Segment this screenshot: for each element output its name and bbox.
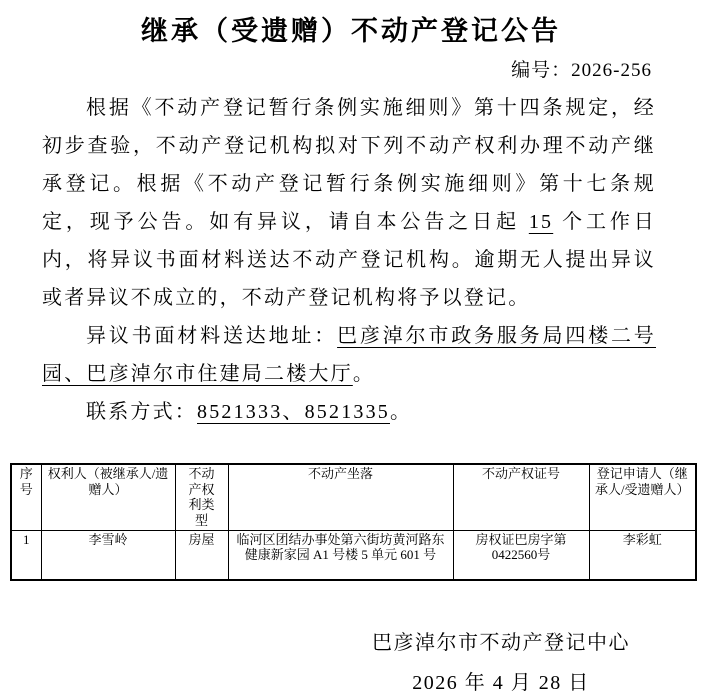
table-header-row: 序号 权利人（被继承人/遗赠人） 不动产权利类型 不动产坐落 不动产权证号 登记…	[11, 464, 696, 530]
cell-cert-no: 房权证巴房字第0422560号	[453, 530, 589, 580]
cell-applicant: 李彩虹	[589, 530, 696, 580]
page-title: 继承（受遗赠）不动产登记公告	[0, 0, 702, 49]
paragraph-main: 根据《不动产登记暂行条例实施细则》第十四条规定，经初步查验，不动产登记机构拟对下…	[42, 89, 656, 317]
cell-seq: 1	[11, 530, 41, 580]
col-header-location: 不动产坐落	[228, 464, 453, 530]
doc-number: 编号：2026-256	[0, 57, 702, 84]
objection-days: 15	[529, 211, 553, 233]
announcement-body: 根据《不动产登记暂行条例实施细则》第十四条规定，经初步查验，不动产登记机构拟对下…	[42, 89, 656, 431]
cell-location: 临河区团结办事处第六街坊黄河路东健康新家园 A1 号楼 5 单元 601 号	[228, 530, 453, 580]
contact-period: 。	[390, 401, 412, 423]
contact-label: 联系方式：	[86, 401, 197, 423]
contact-phones: 8521333、8521335	[197, 401, 390, 423]
property-registration-table: 序号 权利人（被继承人/遗赠人） 不动产权利类型 不动产坐落 不动产权证号 登记…	[10, 463, 697, 581]
col-header-applicant: 登记申请人（继承人/受遗赠人）	[589, 464, 696, 530]
address-period: 。	[353, 363, 375, 385]
col-header-holder: 权利人（被继承人/遗赠人）	[41, 464, 175, 530]
doc-number-label: 编号：	[511, 60, 571, 81]
issue-date: 2026 年 4 月 28 日	[300, 669, 702, 697]
col-header-seq: 序号	[11, 464, 41, 530]
doc-number-value: 2026-256	[571, 60, 652, 81]
paragraph-contact: 联系方式：8521333、8521335。	[42, 393, 656, 431]
col-header-cert-no: 不动产权证号	[453, 464, 589, 530]
address-label: 异议书面材料送达地址：	[86, 325, 337, 347]
col-header-right-type: 不动产权利类型	[175, 464, 228, 530]
table-row: 1 李雪岭 房屋 临河区团结办事处第六街坊黄河路东健康新家园 A1 号楼 5 单…	[11, 530, 696, 580]
document-footer: 巴彦淖尔市不动产登记中心 2026 年 4 月 28 日	[300, 629, 702, 697]
cell-right-type: 房屋	[175, 530, 228, 580]
cell-holder: 李雪岭	[41, 530, 175, 580]
paragraph-address: 异议书面材料送达地址：巴彦淖尔市政务服务局四楼二号园、巴彦淖尔市住建局二楼大厅。	[42, 317, 656, 393]
issuing-org: 巴彦淖尔市不动产登记中心	[300, 629, 702, 657]
announcement-document: 继承（受遗赠）不动产登记公告 编号：2026-256 根据《不动产登记暂行条例实…	[0, 0, 702, 700]
